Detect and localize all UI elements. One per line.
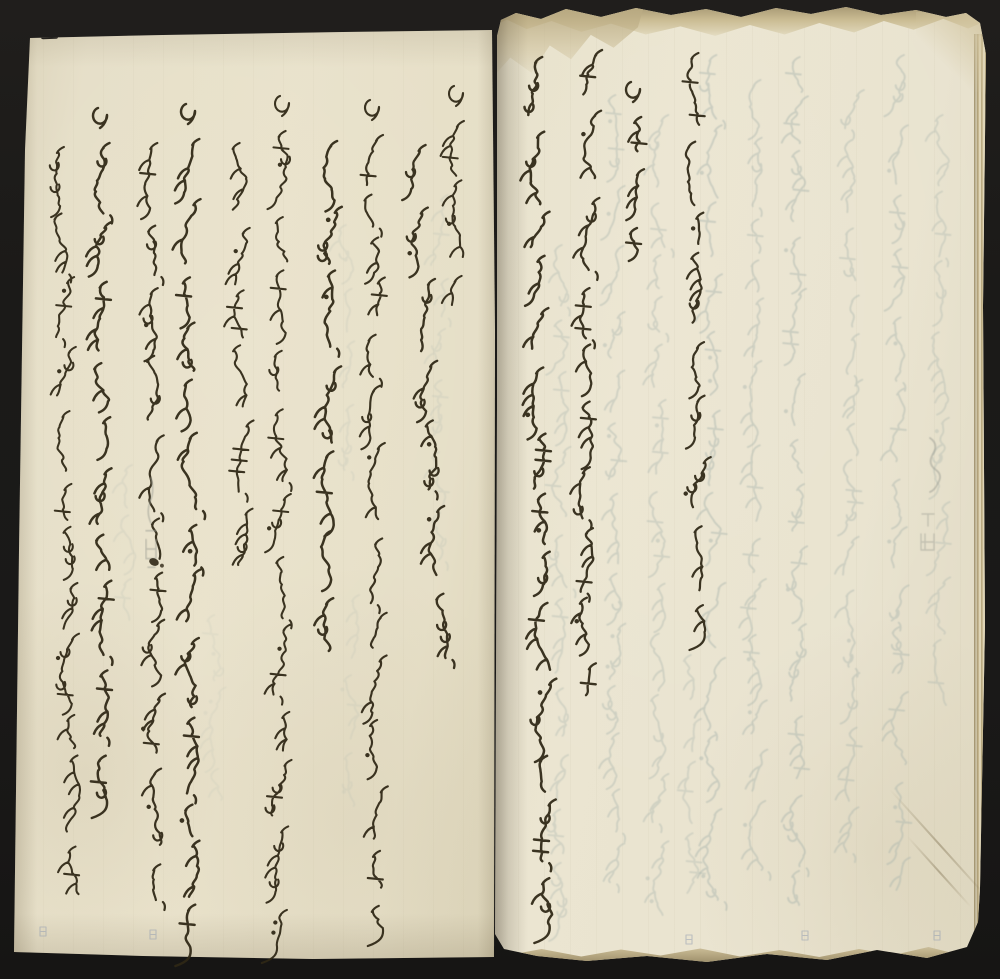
- page-corner-curl: [916, 12, 982, 92]
- manuscript-photo: [0, 0, 1000, 979]
- fore-edge-page-stack: [974, 34, 987, 944]
- page-shading: [13, 30, 497, 960]
- right-page: [492, 6, 988, 962]
- gutter-shadow: [492, 6, 528, 962]
- edge-notch: [41, 34, 58, 40]
- deckle-edge-bottom: [492, 937, 988, 962]
- left-page: [13, 30, 497, 960]
- paper-crease: [907, 836, 972, 908]
